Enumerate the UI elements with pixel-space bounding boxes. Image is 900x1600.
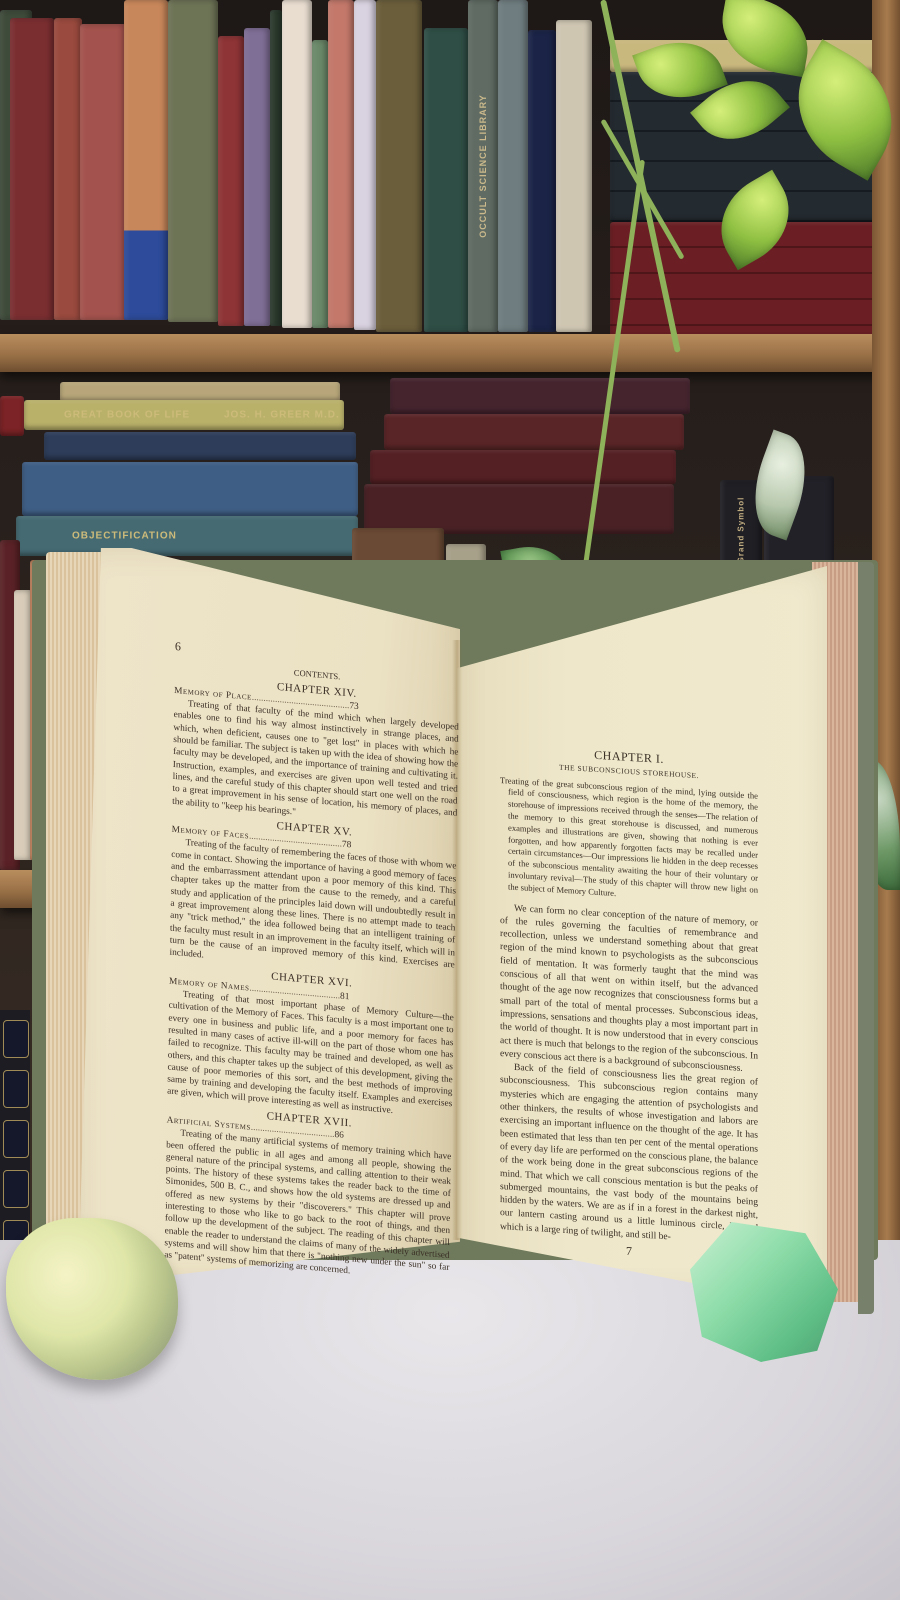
horizontal-book bbox=[384, 414, 684, 450]
spine-title: Grand Symbol bbox=[737, 497, 746, 564]
spine-title: OBJECTIFICATION bbox=[72, 531, 177, 542]
horizontal-book: OBJECTIFICATION bbox=[16, 516, 358, 556]
book-spine: OCCULT SCIENCE LIBRARY bbox=[468, 0, 498, 332]
spine-title: OCCULT SCIENCE LIBRARY bbox=[478, 94, 488, 238]
book-spine bbox=[168, 0, 218, 322]
book-spine bbox=[10, 18, 54, 320]
book-spine bbox=[80, 24, 126, 320]
horizontal-book bbox=[390, 378, 690, 414]
book-spine bbox=[354, 0, 376, 330]
toc-entry: CHAPTER XVI. Memory of Names............… bbox=[167, 962, 454, 1123]
toc-entry: CHAPTER XVII. Artificial Systems........… bbox=[164, 1101, 452, 1287]
horizontal-book bbox=[44, 432, 356, 460]
horizontal-book bbox=[22, 462, 358, 516]
entry-page: 73 bbox=[349, 701, 358, 712]
horizontal-book bbox=[364, 484, 674, 534]
book-spine bbox=[282, 0, 312, 328]
horizontal-book: GREAT BOOK OF LIFE JOS. H. GREER M.D. bbox=[24, 400, 344, 430]
book-spine bbox=[312, 40, 328, 328]
photo-scene: OCCULT SCIENCE LIBRARY GREAT BOOK OF LIF… bbox=[0, 0, 900, 1600]
book-spine bbox=[54, 18, 82, 320]
right-page-text: CHAPTER I. THE SUBCONSCIOUS STOREHOUSE. … bbox=[500, 740, 758, 1266]
chapter-intro: Treating of the great subconscious regio… bbox=[500, 775, 758, 909]
book-spine bbox=[498, 0, 528, 332]
book-spine bbox=[244, 28, 270, 326]
book-cover-edge bbox=[858, 562, 874, 1314]
entry-page: 78 bbox=[342, 840, 351, 851]
book-spine bbox=[528, 30, 556, 332]
horizontal-book bbox=[0, 396, 24, 436]
shelf-board-top bbox=[0, 334, 890, 372]
toc-entry: CHAPTER XV. Memory of Faces.............… bbox=[169, 811, 457, 984]
book-spine bbox=[218, 36, 244, 326]
book-spine bbox=[328, 0, 354, 328]
entry-summary: Treating of that faculty of the mind whi… bbox=[172, 697, 459, 832]
horizontal-book bbox=[370, 450, 676, 484]
spine-author: JOS. H. GREER M.D. bbox=[224, 410, 340, 421]
entry-summary: Treating of that most important phase of… bbox=[167, 988, 454, 1123]
spine-title: GREAT BOOK OF LIFE bbox=[64, 410, 190, 421]
book-spine bbox=[376, 0, 422, 332]
left-page-text: 6 CONTENTS. CHAPTER XIV. Memory of Place… bbox=[164, 640, 460, 1287]
entry-page: 81 bbox=[340, 991, 349, 1002]
toc-entry: CHAPTER XIV. Memory of Place............… bbox=[172, 672, 459, 833]
body-paragraph: We can form no clear conception of the n… bbox=[500, 901, 758, 1076]
entry-summary: Treating of the many artificial systems … bbox=[164, 1127, 451, 1287]
book-spine bbox=[124, 0, 168, 320]
book-spine bbox=[424, 28, 468, 332]
leather-book-spine bbox=[0, 1010, 30, 1270]
entry-page: 86 bbox=[334, 1130, 343, 1141]
body-paragraph: Back of the field of consciousness lies … bbox=[500, 1060, 758, 1249]
horizontal-book bbox=[60, 382, 340, 402]
book-spine bbox=[270, 10, 282, 326]
book-spine bbox=[556, 20, 592, 332]
entry-summary: Treating of the faculty of remembering t… bbox=[169, 836, 456, 984]
